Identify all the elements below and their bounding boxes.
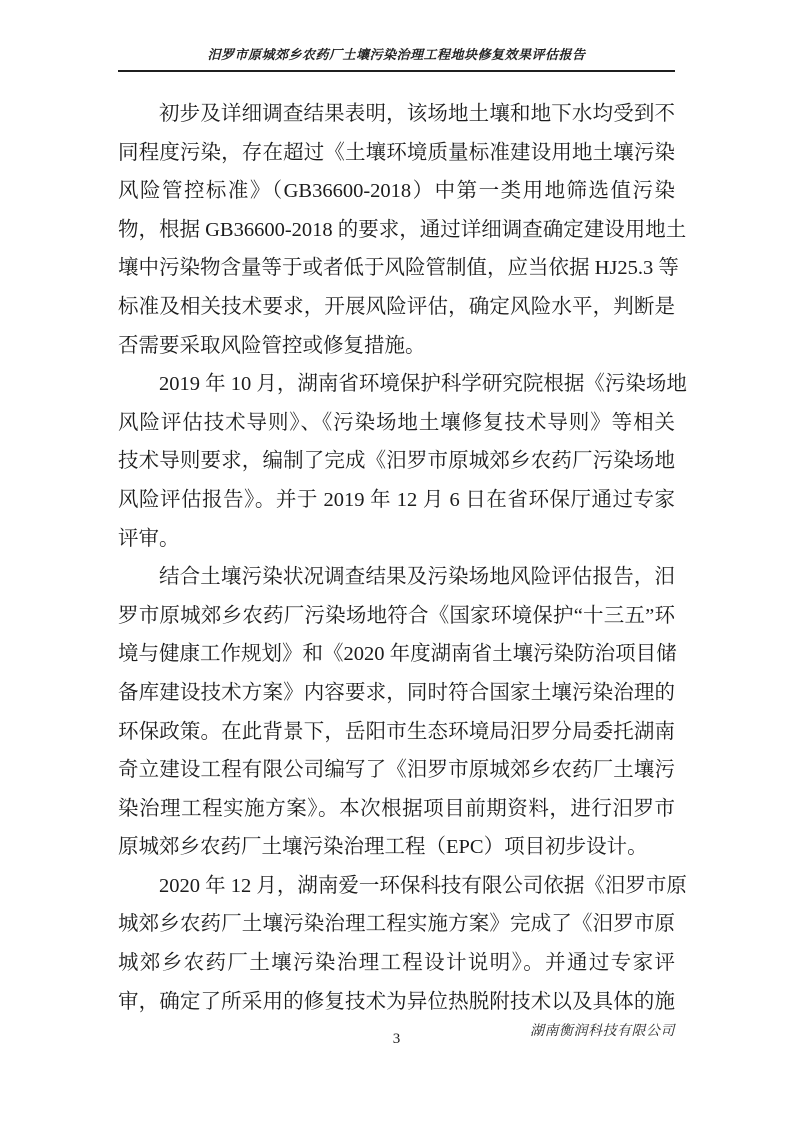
text-line: 奇立建设工程有限公司编写了《汨罗市原城郊乡农药厂土壤污 <box>118 751 675 790</box>
document-page: 汨罗市原城郊乡农药厂土壤污染治理工程地块修复效果评估报告 初步及详细调查结果表明… <box>0 0 793 1122</box>
paragraph: 2019 年 10 月，湖南省环境保护科学研究院根据《污染场地 风险评估技术导则… <box>118 365 675 558</box>
paragraph: 结合土壤污染状况调查结果及污染场地风险评估报告，汨 罗市原城郊乡农药厂污染场地符… <box>118 558 675 867</box>
text-line: 风险评估技术导则》、《污染场地土壤修复技术导则》等相关 <box>118 404 675 443</box>
text-line: 2020 年 12 月，湖南爱一环保科技有限公司依据《汨罗市原 <box>118 867 675 906</box>
text-line: 原城郊乡农药厂土壤污染治理工程（EPC）项目初步设计。 <box>118 828 675 867</box>
text-line: 审，确定了所采用的修复技术为异位热脱附技术以及具体的施 <box>118 983 675 1022</box>
text-line: 城郊乡农药厂土壤污染治理工程实施方案》完成了《汨罗市原 <box>118 905 675 944</box>
page-number: 3 <box>0 1031 793 1048</box>
text-line: 备库建设技术方案》内容要求，同时符合国家土壤污染治理的 <box>118 674 675 713</box>
text-line: 壤中污染物含量等于或者低于风险管制值，应当依据 HJ25.3 等 <box>118 249 675 288</box>
text-line: 风险评估报告》。并于 2019 年 12 月 6 日在省环保厅通过专家 <box>118 481 675 520</box>
text-line: 风险管控标准》（GB36600-2018）中第一类用地筛选值污染 <box>118 172 675 211</box>
text-line: 城郊乡农药厂土壤污染治理工程设计说明》。并通过专家评 <box>118 944 675 983</box>
text-line: 环保政策。在此背景下，岳阳市生态环境局汨罗分局委托湖南 <box>118 713 675 752</box>
text-line: 技术导则要求，编制了完成《汨罗市原城郊乡农药厂污染场地 <box>118 442 675 481</box>
text-line: 境与健康工作规划》和《2020 年度湖南省土壤污染防治项目储 <box>118 635 675 674</box>
text-line: 同程度污染，存在超过《土壤环境质量标准建设用地土壤污染 <box>118 134 675 173</box>
paragraph: 初步及详细调查结果表明，该场地土壤和地下水均受到不 同程度污染，存在超过《土壤环… <box>118 95 675 365</box>
text-line: 否需要采取风险管控或修复措施。 <box>118 327 675 366</box>
text-line: 标准及相关技术要求，开展风险评估，确定风险水平，判断是 <box>118 288 675 327</box>
text-line: 罗市原城郊乡农药厂污染场地符合《国家环境保护“十三五”环 <box>118 597 675 636</box>
document-body: 初步及详细调查结果表明，该场地土壤和地下水均受到不 同程度污染，存在超过《土壤环… <box>118 95 675 1021</box>
text-line: 2019 年 10 月，湖南省环境保护科学研究院根据《污染场地 <box>118 365 675 404</box>
page-header: 汨罗市原城郊乡农药厂土壤污染治理工程地块修复效果评估报告 <box>118 46 675 72</box>
text-line: 结合土壤污染状况调查结果及污染场地风险评估报告，汨 <box>118 558 675 597</box>
running-header-title: 汨罗市原城郊乡农药厂土壤污染治理工程地块修复效果评估报告 <box>118 46 675 64</box>
text-line: 物，根据 GB36600-2018 的要求，通过详细调查确定建设用地土 <box>118 211 675 250</box>
text-line: 染治理工程实施方案》。本次根据项目前期资料，进行汨罗市 <box>118 790 675 829</box>
text-line: 初步及详细调查结果表明，该场地土壤和地下水均受到不 <box>118 95 675 134</box>
paragraph: 2020 年 12 月，湖南爱一环保科技有限公司依据《汨罗市原 城郊乡农药厂土壤… <box>118 867 675 1021</box>
text-line: 评审。 <box>118 520 675 559</box>
